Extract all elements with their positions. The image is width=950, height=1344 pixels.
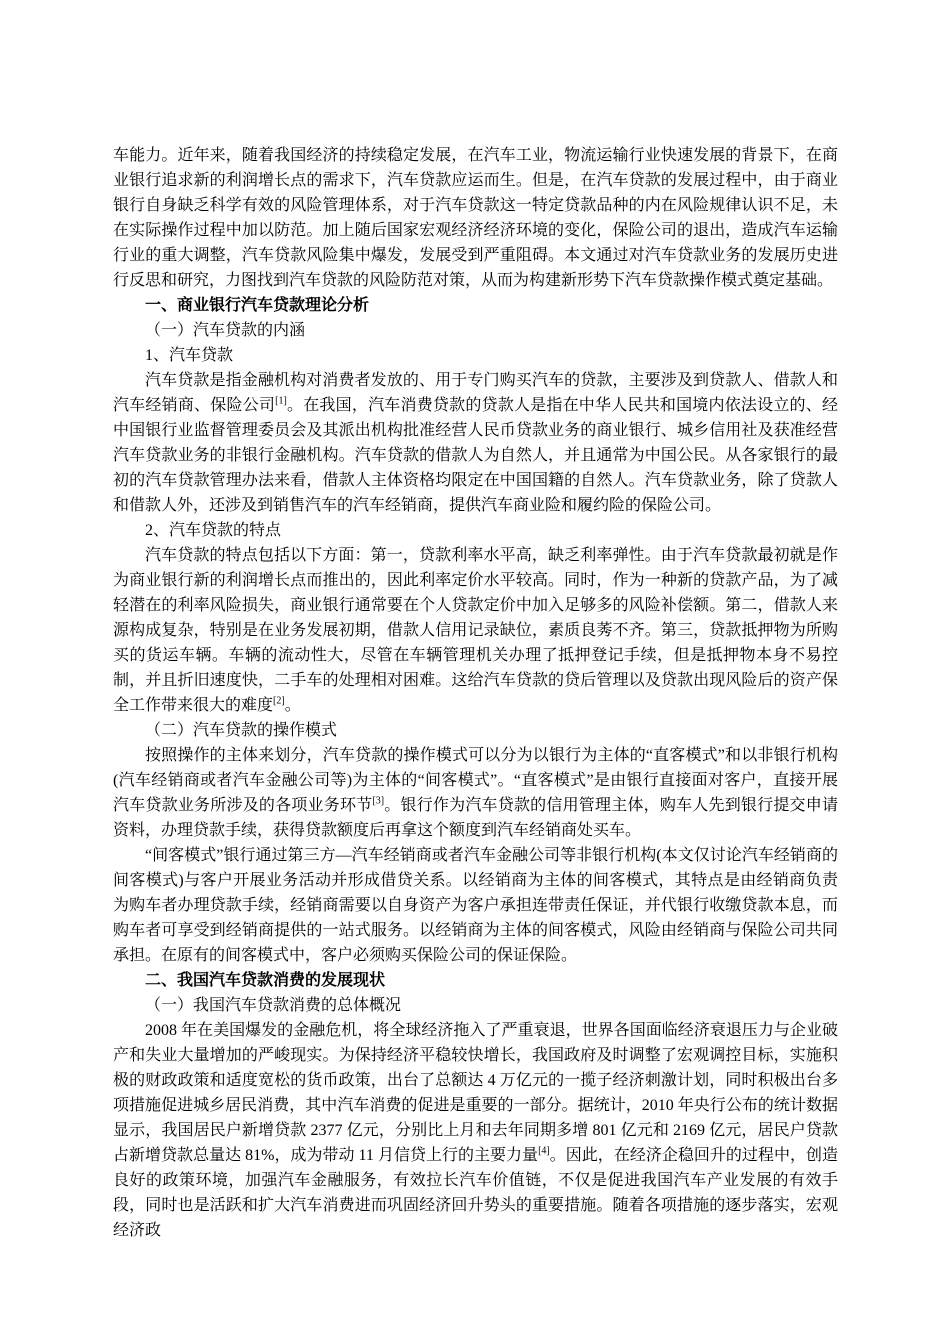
text-run: 2、汽车贷款的特点 <box>145 522 281 539</box>
subsection-heading: 2、汽车贷款的特点 <box>113 518 838 543</box>
footnote-reference: [4] <box>538 1146 550 1157</box>
paragraph: 车能力。近年来，随着我国经济的持续稳定发展，在汽车工业，物流运输行业快速发展的背… <box>113 143 838 293</box>
subsection-heading: （一）汽车贷款的内涵 <box>113 318 838 343</box>
section-heading: 一、商业银行汽车贷款理论分析 <box>113 293 838 318</box>
text-run: （一）我国汽车贷款消费的总体概况 <box>145 997 401 1014</box>
paragraph: 2008 年在美国爆发的金融危机，将全球经济拖入了严重衰退，世界各国面临经济衰退… <box>113 1018 838 1243</box>
text-run: “间客模式”银行通过第三方—汽车经销商或者汽车金融公司等非银行机构(本文仅讨论汽… <box>113 847 838 964</box>
text-run: 车能力。近年来，随着我国经济的持续稳定发展，在汽车工业，物流运输行业快速发展的背… <box>113 147 838 289</box>
text-run: 汽车贷款的特点包括以下方面：第一，贷款利率水平高，缺乏利率弹性。由于汽车贷款最初… <box>113 547 838 714</box>
footnote-reference: [2] <box>273 696 285 707</box>
subsection-heading: （一）我国汽车贷款消费的总体概况 <box>113 993 838 1018</box>
document-body: 车能力。近年来，随着我国经济的持续稳定发展，在汽车工业，物流运输行业快速发展的背… <box>113 143 838 1243</box>
text-run: 1、汽车贷款 <box>145 347 233 364</box>
text-run: （二）汽车贷款的操作模式 <box>145 722 337 739</box>
document-page: 车能力。近年来，随着我国经济的持续稳定发展，在汽车工业，物流运输行业快速发展的背… <box>0 0 950 1344</box>
text-run: 二、我国汽车贷款消费的发展现状 <box>145 972 385 989</box>
paragraph: 汽车贷款是指金融机构对消费者发放的、用于专门购买汽车的贷款，主要涉及到贷款人、借… <box>113 368 838 518</box>
section-heading: 二、我国汽车贷款消费的发展现状 <box>113 968 838 993</box>
paragraph: 汽车贷款的特点包括以下方面：第一，贷款利率水平高，缺乏利率弹性。由于汽车贷款最初… <box>113 543 838 718</box>
text-run: 2008 年在美国爆发的金融危机，将全球经济拖入了严重衰退，世界各国面临经济衰退… <box>113 1022 838 1164</box>
text-run: （一）汽车贷款的内涵 <box>145 322 305 339</box>
footnote-reference: [3] <box>372 796 384 807</box>
text-run: 。 <box>285 697 301 714</box>
paragraph: “间客模式”银行通过第三方—汽车经销商或者汽车金融公司等非银行机构(本文仅讨论汽… <box>113 843 838 968</box>
subsection-heading: （二）汽车贷款的操作模式 <box>113 718 838 743</box>
subsection-heading: 1、汽车贷款 <box>113 343 838 368</box>
text-run: 。在我国，汽车消费贷款的贷款人是指在中华人民共和国境内依法设立的、经中国银行业监… <box>113 397 838 514</box>
paragraph: 按照操作的主体来划分，汽车贷款的操作模式可以分为以银行为主体的“直客模式”和以非… <box>113 743 838 843</box>
text-run: 一、商业银行汽车贷款理论分析 <box>145 297 369 314</box>
footnote-reference: [1] <box>275 396 287 407</box>
